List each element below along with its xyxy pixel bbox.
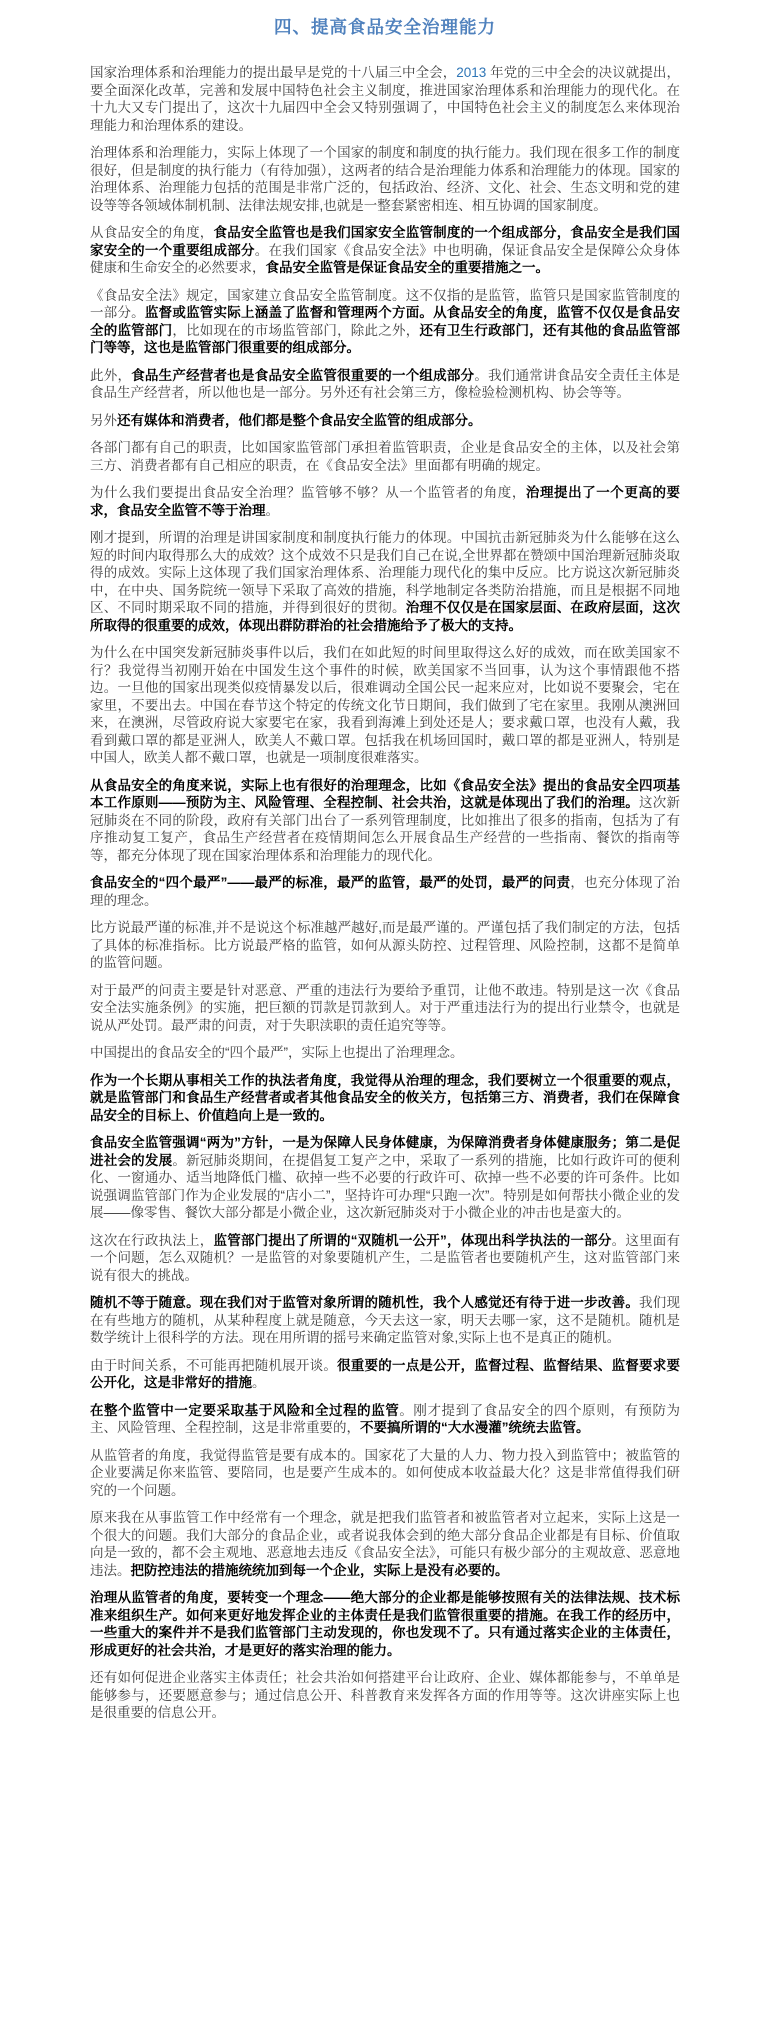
text-run: 从监管者的角度，我觉得监管是要有成本的。国家花了大量的人力、物力投入到监管中；被…: [90, 1448, 680, 1498]
paragraph: 还有如何促进企业落实主体责任；社会共治如何搭建平台让政府、企业、媒体都能参与，不…: [90, 1669, 680, 1722]
paragraph: 各部门都有自己的职责，比如国家监管部门承担着监管职责，企业是食品安全的主体，以及…: [90, 439, 680, 474]
paragraph: 原来我在从事监管工作中经常有一个理念，就是把我们监管者和被监管者对立起来，实际上…: [90, 1509, 680, 1579]
paragraph: 由于时间关系，不可能再把随机展开谈。很重要的一点是公开，监督过程、监督结果、监督…: [90, 1357, 680, 1392]
text-run-bold: 食品生产经营者也是食品安全监管很重要的一个组成部分: [131, 368, 474, 383]
document-page: 四、提高食品安全治理能力 国家治理体系和治理能力的提出最早是党的十八届三中全会，…: [0, 0, 770, 2036]
paragraph: 食品安全的“四个最严”——最严的标准，最严的监管，最严的处罚，最严的问责，也充分…: [90, 874, 680, 909]
paragraph: 《食品安全法》规定，国家建立食品安全监管制度。这不仅指的是监管，监管只是国家监管…: [90, 287, 680, 357]
paragraph: 从食品安全的角度，食品安全监管也是我们国家安全监管制度的一个组成部分，食品安全是…: [90, 224, 680, 277]
paragraph: 刚才提到，所谓的治理是讲国家制度和制度执行能力的体现。中国抗击新冠肺炎为什么能够…: [90, 529, 680, 634]
paragraph: 食品安全监管强调“两为”方针，一是为保障人民身体健康，为保障消费者身体健康服务；…: [90, 1134, 680, 1222]
text-run-bold: 监管部门提出了所谓的“双随机一公开”，体现出科学执法的一部分: [214, 1233, 612, 1248]
paragraph: 作为一个长期从事相关工作的执法者角度，我觉得从治理的理念，我们要树立一个很重要的…: [90, 1072, 680, 1125]
text-run-bold: 治理从监管者的角度，要转变一个理念——绝大部分的企业都是能够按照有关的法律法规、…: [90, 1590, 680, 1658]
text-run: 此外，: [90, 368, 131, 383]
text-run-bold: 把防控违法的措施统统加到每一个企业，实际上是没有必要的。: [131, 1563, 509, 1578]
text-run: 。: [266, 503, 280, 518]
paragraph: 对于最严的问责主要是针对恶意、严重的违法行为要给予重罚，让他不敢违。特别是这一次…: [90, 982, 680, 1035]
paragraph: 从食品安全的角度来说，实际上也有很好的治理理念，比如《食品安全法》提出的食品安全…: [90, 777, 680, 865]
paragraph: 此外，食品生产经营者也是食品安全监管很重要的一个组成部分。我们通常讲食品安全责任…: [90, 367, 680, 402]
text-run: 治理体系和治理能力，实际上体现了一个国家的制度和制度的执行能力。我们现在很多工作…: [90, 145, 680, 213]
paragraph: 在整个监管中一定要采取基于风险和全过程的监管。刚才提到了食品安全的四个原则，有预…: [90, 1402, 680, 1437]
paragraph: 国家治理体系和治理能力的提出最早是党的十八届三中全会，2013 年党的三中全会的…: [90, 64, 680, 134]
paragraph: 治理体系和治理能力，实际上体现了一个国家的制度和制度的执行能力。我们现在很多工作…: [90, 144, 680, 214]
text-run: 由于时间关系，不可能再把随机展开谈。: [90, 1358, 337, 1373]
text-run-bold: 食品安全的“四个最严”——最严的标准，最严的监管，最严的处罚，最严的问责: [90, 875, 570, 890]
text-run: 比方说最严谨的标准,并不是说这个标准越严越好,而是最严谨的。严谨包括了我们制定的…: [90, 920, 680, 970]
paragraph: 治理从监管者的角度，要转变一个理念——绝大部分的企业都是能够按照有关的法律法规、…: [90, 1589, 680, 1659]
paragraph: 这次在行政执法上，监管部门提出了所谓的“双随机一公开”，体现出科学执法的一部分。…: [90, 1232, 680, 1285]
text-run: 2013: [456, 65, 486, 80]
text-run: 中国提出的食品安全的“四个最严”，实际上也提出了治理理念。: [90, 1045, 464, 1060]
text-run: 为什么我们要提出食品安全治理？监管够不够？从一个监管者的角度，: [90, 485, 526, 500]
document-title: 四、提高食品安全治理能力: [90, 14, 680, 40]
text-run: ，比如现在的市场监管部门，除此之外，: [172, 323, 419, 338]
text-run: 这次在行政执法上，: [90, 1233, 214, 1248]
text-run: 各部门都有自己的职责，比如国家监管部门承担着监管职责，企业是食品安全的主体，以及…: [90, 440, 680, 473]
text-run: 。新冠肺炎期间，在提倡复工复产之中，采取了一系列的措施，比如行政许可的便利化、一…: [90, 1153, 680, 1221]
text-run: 从食品安全的角度，: [90, 225, 214, 240]
article-body: 国家治理体系和治理能力的提出最早是党的十八届三中全会，2013 年党的三中全会的…: [90, 64, 680, 1722]
text-run-bold: 在整个监管中一定要采取基于风险和全过程的监管: [90, 1403, 399, 1418]
text-run-bold: 不要搞所谓的“大水漫灌”统统去监管。: [360, 1420, 590, 1435]
paragraph: 中国提出的食品安全的“四个最严”，实际上也提出了治理理念。: [90, 1044, 680, 1062]
text-run: 为什么在中国突发新冠肺炎事件以后，我们在如此短的时间里取得这么好的成效，而在欧美…: [90, 645, 680, 765]
paragraph: 另外还有媒体和消费者，他们都是整个食品安全监管的组成部分。: [90, 412, 680, 430]
text-run: 还有如何促进企业落实主体责任；社会共治如何搭建平台让政府、企业、媒体都能参与，不…: [90, 1670, 680, 1720]
text-run: 国家治理体系和治理能力的提出最早是党的十八届三中全会，: [90, 65, 456, 80]
text-run-bold: 随机不等于随意。现在我们对于监管对象所谓的随机性，我个人感觉还有待于进一步改善。: [90, 1295, 639, 1310]
text-run: 另外: [90, 413, 117, 428]
paragraph: 为什么在中国突发新冠肺炎事件以后，我们在如此短的时间里取得这么好的成效，而在欧美…: [90, 644, 680, 767]
text-run: 对于最严的问责主要是针对恶意、严重的违法行为要给予重罚，让他不敢违。特别是这一次…: [90, 983, 680, 1033]
paragraph: 比方说最严谨的标准,并不是说这个标准越严越好,而是最严谨的。严谨包括了我们制定的…: [90, 919, 680, 972]
paragraph: 为什么我们要提出食品安全治理？监管够不够？从一个监管者的角度，治理提出了一个更高…: [90, 484, 680, 519]
text-run: 。: [252, 1375, 266, 1390]
text-run-bold: 食品安全监管是保证食品安全的重要措施之一。: [266, 260, 550, 275]
text-run-bold: 从食品安全的角度来说，实际上也有很好的治理理念，比如《食品安全法》提出的食品安全…: [90, 778, 680, 811]
paragraph: 随机不等于随意。现在我们对于监管对象所谓的随机性，我个人感觉还有待于进一步改善。…: [90, 1294, 680, 1347]
text-run-bold: 作为一个长期从事相关工作的执法者角度，我觉得从治理的理念，我们要树立一个很重要的…: [90, 1073, 680, 1123]
text-run-bold: 还有媒体和消费者，他们都是整个食品安全监管的组成部分。: [117, 413, 482, 428]
paragraph: 从监管者的角度，我觉得监管是要有成本的。国家花了大量的人力、物力投入到监管中；被…: [90, 1447, 680, 1500]
